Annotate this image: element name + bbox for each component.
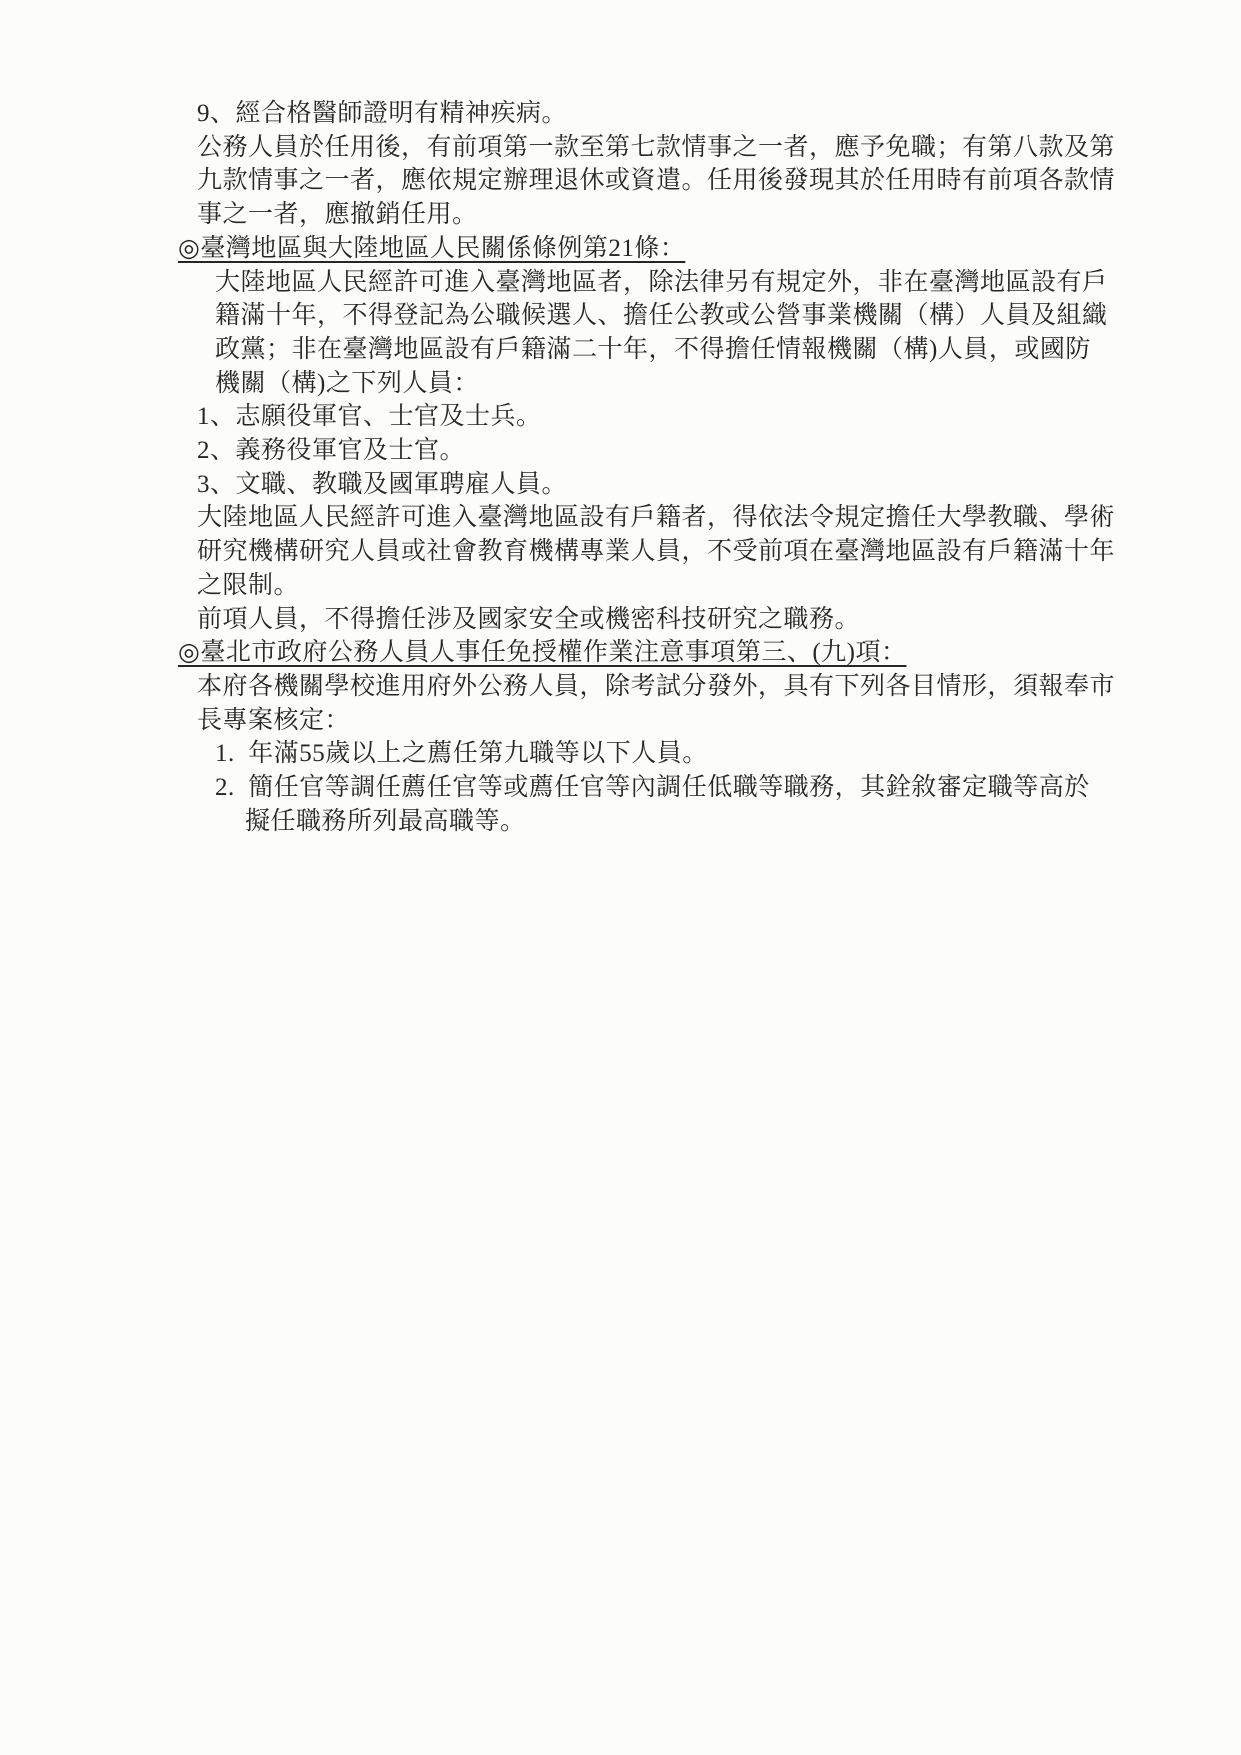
text-line-paragraph: 長專案核定： <box>197 704 1137 738</box>
text-line-paragraph: 研究機構研究人員或社會教育機構專業人員，不受前項在臺灣地區設有戶籍滿十年 <box>197 535 1137 569</box>
numbered-item-2-continuation: 擬任職務所列最高職等。 <box>245 805 1137 839</box>
list-item-1: 1、志願役軍官、士官及士兵。 <box>197 400 1137 434</box>
text-line-item9: 9、經合格醫師證明有精神疾病。 <box>197 97 1137 131</box>
text-line-paragraph: 九款情事之一者，應依規定辦理退休或資遣。任用後發現其於任用時有前項各款情 <box>197 164 1137 198</box>
text-line-statute-body: 籍滿十年，不得登記為公職候選人、擔任公教或公營事業機關（構）人員及組織 <box>215 299 1137 333</box>
list-item-3: 3、文職、教職及國軍聘雇人員。 <box>197 468 1137 502</box>
text-line-paragraph: 公務人員於任用後，有前項第一款至第七款情事之一者，應予免職；有第八款及第 <box>197 131 1137 165</box>
text-line-paragraph: 之限制。 <box>197 569 1137 603</box>
document-content: 9、經合格醫師證明有精神疾病。 公務人員於任用後，有前項第一款至第七款情事之一者… <box>197 97 1137 838</box>
section-heading-cross-strait-act-article21: ◎臺灣地區與大陸地區人民關係條例第21條： <box>178 232 1137 266</box>
text-line-statute-body: 大陸地區人民經許可進入臺灣地區者，除法律另有規定外，非在臺灣地區設有戶 <box>215 266 1137 300</box>
text-line-paragraph: 前項人員，不得擔任涉及國家安全或機密科技研究之職務。 <box>197 603 1137 637</box>
document-page: 9、經合格醫師證明有精神疾病。 公務人員於任用後，有前項第一款至第七款情事之一者… <box>0 0 1241 1755</box>
list-item-2: 2、義務役軍官及士官。 <box>197 434 1137 468</box>
text-line-paragraph: 大陸地區人民經許可進入臺灣地區設有戶籍者，得依法令規定擔任大學教職、學術 <box>197 501 1137 535</box>
text-line-paragraph: 本府各機關學校進用府外公務人員，除考試分發外，具有下列各目情形，須報奉市 <box>197 670 1137 704</box>
text-line-paragraph: 事之一者，應撤銷任用。 <box>197 198 1137 232</box>
section-heading-taipei-personnel-directive: ◎臺北市政府公務人員人事任免授權作業注意事項第三、(九)項： <box>178 636 1137 670</box>
numbered-item-2: 2. 簡任官等調任薦任官等或薦任官等內調任低職等職務，其銓敘審定職等高於 <box>215 771 1137 805</box>
text-line-statute-body: 政黨；非在臺灣地區設有戶籍滿二十年，不得擔任情報機關（構)人員，或國防 <box>215 333 1137 367</box>
text-line-statute-body: 機關（構)之下列人員： <box>215 367 1137 401</box>
numbered-item-1: 1. 年滿55歲以上之薦任第九職等以下人員。 <box>215 737 1137 771</box>
